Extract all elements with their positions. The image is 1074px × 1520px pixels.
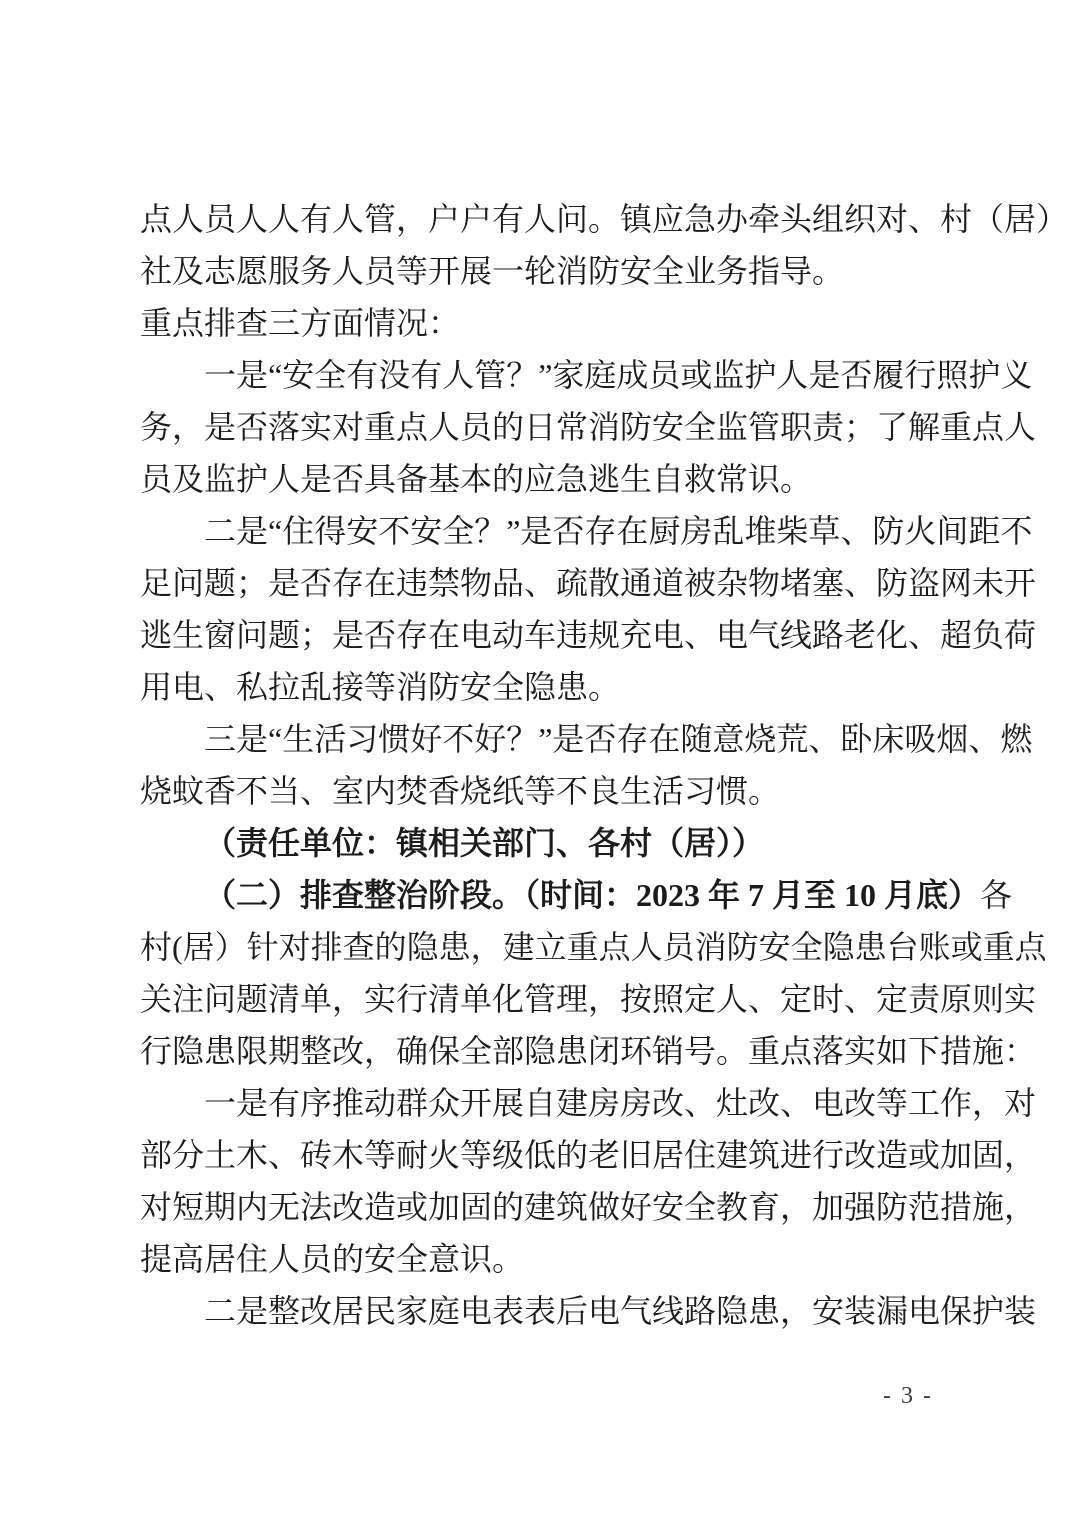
text-segment: 逃生窗问题；是否存在电动车违规充电、电气线路老化、超负荷: [140, 617, 1036, 653]
text-line: 提高居住人员的安全意识。: [140, 1233, 950, 1285]
bold-text-segment: （时间：2023 年 7 月至 10 月底）: [524, 877, 980, 913]
text-line: 村(居）针对排查的隐患，建立重点人员消防安全隐患台账或重点: [140, 921, 950, 973]
text-line: 关注问题清单，实行清单化管理，按照定人、定时、定责原则实: [140, 973, 950, 1025]
page-number: - 3 -: [858, 1382, 958, 1410]
text-line: 逃生窗问题；是否存在电动车违规充电、电气线路老化、超负荷: [140, 609, 950, 661]
text-line: 重点排查三方面情况：: [140, 297, 950, 349]
text-segment: 关注问题清单，实行清单化管理，按照定人、定时、定责原则实: [140, 981, 1036, 1017]
text-line: 用电、私拉乱接等消防安全隐患。: [140, 661, 950, 713]
text-segment: 一是有序推动群众开展自建房房改、灶改、电改等工作，对: [204, 1085, 1036, 1121]
text-line: 社及志愿服务人员等开展一轮消防安全业务指导。: [140, 245, 950, 297]
text-segment: 对短期内无法改造或加固的建筑做好安全教育，加强防范措施，: [140, 1189, 1036, 1225]
bold-text-segment: （责任单位：镇相关部门、各村（居））: [204, 825, 764, 861]
text-line: 二是“住得安不安全？”是否存在厨房乱堆柴草、防火间距不: [140, 505, 950, 557]
text-segment: 社及志愿服务人员等开展一轮消防安全业务指导。: [140, 253, 844, 289]
text-segment: 二是整改居民家庭电表表后电气线路隐患，安装漏电保护装: [204, 1293, 1036, 1329]
text-line: （二）排查整治阶段。（时间：2023 年 7 月至 10 月底）各: [140, 869, 950, 921]
text-line: 一是“安全有没有人管？”家庭成员或监护人是否履行照护义: [140, 349, 950, 401]
text-segment: 重点排查三方面情况：: [140, 305, 460, 341]
text-line: 对短期内无法改造或加固的建筑做好安全教育，加强防范措施，: [140, 1181, 950, 1233]
text-line: 务，是否落实对重点人员的日常消防安全监管职责；了解重点人: [140, 401, 950, 453]
text-line: 一是有序推动群众开展自建房房改、灶改、电改等工作，对: [140, 1077, 950, 1129]
text-line: 部分土木、砖木等耐火等级低的老旧居住建筑进行改造或加固，: [140, 1129, 950, 1181]
text-line: 足问题；是否存在违禁物品、疏散通道被杂物堵塞、防盗网未开: [140, 557, 950, 609]
text-segment: 用电、私拉乱接等消防安全隐患。: [140, 669, 620, 705]
document-page: 点人员人人有人管，户户有人问。镇应急办牵头组织对、村（居）社及志愿服务人员等开展…: [0, 0, 1074, 1520]
text-line: 行隐患限期整改，确保全部隐患闭环销号。重点落实如下措施：: [140, 1025, 950, 1077]
text-segment: 三是“生活习惯好不好？”是否存在随意烧荒、卧床吸烟、燃: [204, 721, 1032, 757]
text-line: 三是“生活习惯好不好？”是否存在随意烧荒、卧床吸烟、燃: [140, 713, 950, 765]
text-segment: 务，是否落实对重点人员的日常消防安全监管职责；了解重点人: [140, 409, 1036, 445]
text-segment: 各: [980, 877, 1012, 913]
text-segment: 提高居住人员的安全意识。: [140, 1241, 524, 1277]
document-body: 点人员人人有人管，户户有人问。镇应急办牵头组织对、村（居）社及志愿服务人员等开展…: [140, 193, 950, 1337]
text-segment: 点人员人人有人管，户户有人问。镇应急办牵头组织对、村（居）: [140, 201, 1068, 237]
text-segment: 员及监护人是否具备基本的应急逃生自救常识。: [140, 461, 812, 497]
text-line: 二是整改居民家庭电表表后电气线路隐患，安装漏电保护装: [140, 1285, 950, 1337]
text-segment: 二是“住得安不安全？”是否存在厨房乱堆柴草、防火间距不: [204, 513, 1032, 549]
text-segment: 足问题；是否存在违禁物品、疏散通道被杂物堵塞、防盗网未开: [140, 565, 1036, 601]
text-segment: 一是“安全有没有人管？”家庭成员或监护人是否履行照护义: [204, 357, 1032, 393]
text-segment: 烧蚊香不当、室内焚香烧纸等不良生活习惯。: [140, 773, 780, 809]
text-segment: 行隐患限期整改，确保全部隐患闭环销号。重点落实如下措施：: [140, 1033, 1036, 1069]
text-line: 点人员人人有人管，户户有人问。镇应急办牵头组织对、村（居）: [140, 193, 950, 245]
text-line: 员及监护人是否具备基本的应急逃生自救常识。: [140, 453, 950, 505]
bold-text-segment: （二）排查整治阶段。: [204, 877, 524, 913]
text-segment: 村(居）针对排查的隐患，建立重点人员消防安全隐患台账或重点: [140, 929, 1047, 965]
text-segment: 部分土木、砖木等耐火等级低的老旧居住建筑进行改造或加固，: [140, 1137, 1036, 1173]
text-line: 烧蚊香不当、室内焚香烧纸等不良生活习惯。: [140, 765, 950, 817]
text-line: （责任单位：镇相关部门、各村（居））: [140, 817, 950, 869]
